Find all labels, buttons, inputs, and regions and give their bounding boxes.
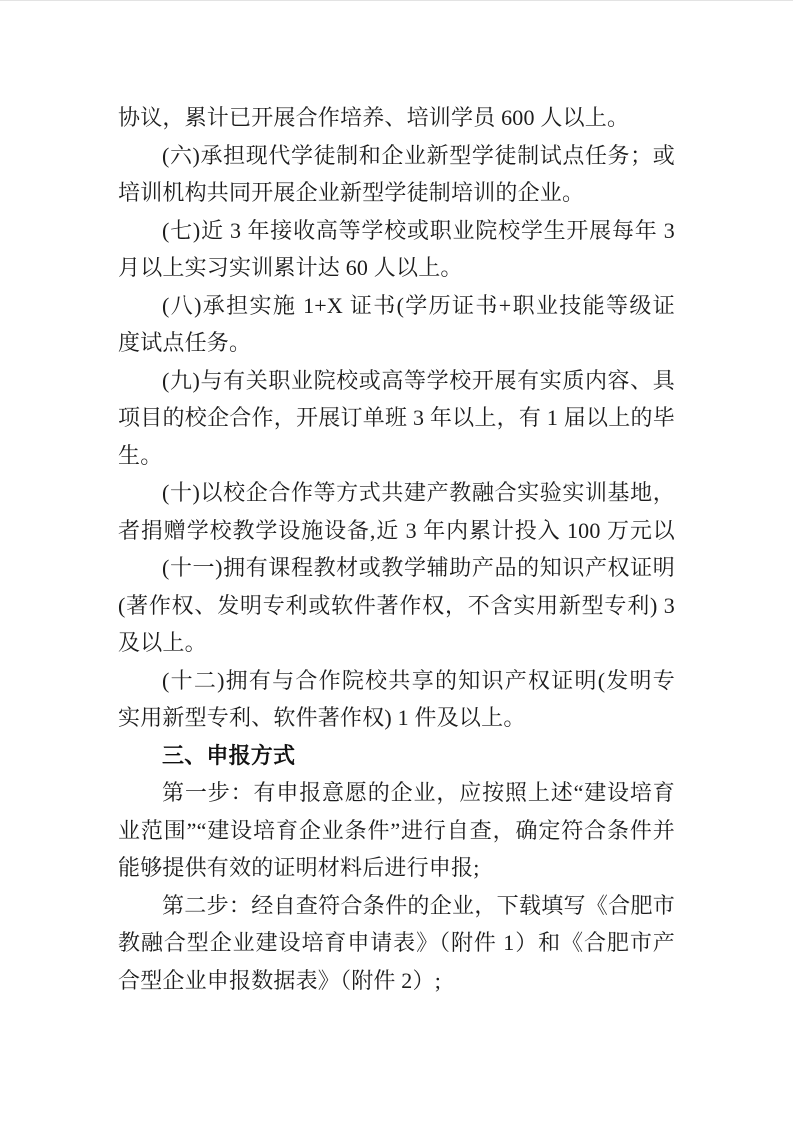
document-page: 协议，累计已开展合作培养、培训学员 600 人以上。(六)承担现代学徒制和企业新…	[0, 0, 793, 1122]
document-line: 能够提供有效的证明材料后进行申报;	[118, 849, 675, 887]
text-block: 协议，累计已开展合作培养、培训学员 600 人以上。(六)承担现代学徒制和企业新…	[118, 99, 675, 999]
document-line: 业范围”“建设培育企业条件”进行自查，确定符合条件并	[118, 812, 675, 850]
section-heading: 三、申报方式	[118, 737, 675, 775]
document-line: (六)承担现代学徒制和企业新型学徒制试点任务；或与	[118, 137, 675, 175]
document-line: 生。	[118, 437, 675, 475]
document-line: (十二)拥有与合作院校共享的知识产权证明(发明专利、	[118, 662, 675, 700]
document-line: 教融合型企业建设培育申请表》（附件 1）和《合肥市产教融	[118, 924, 675, 962]
document-line: 培训机构共同开展企业新型学徒制培训的企业。	[118, 174, 675, 212]
document-line: 第二步：经自查符合条件的企业，下载填写《合肥市产	[118, 887, 675, 925]
document-line: 协议，累计已开展合作培养、培训学员 600 人以上。	[118, 99, 675, 137]
document-line: (七)近 3 年接收高等学校或职业院校学生开展每年 3 个	[118, 212, 675, 250]
document-line: 度试点任务。	[118, 324, 675, 362]
document-line: (十)以校企合作等方式共建产教融合实验实训基地，或	[118, 474, 675, 512]
document-line: (九)与有关职业院校或高等学校开展有实质内容、具体	[118, 362, 675, 400]
document-line: (著作权、发明专利或软件著作权，不含实用新型专利) 3 件	[118, 587, 675, 625]
document-line: 及以上。	[118, 624, 675, 662]
document-line: 合型企业申报数据表》（附件 2）;	[118, 962, 675, 1000]
document-line: 月以上实习实训累计达 60 人以上。	[118, 249, 675, 287]
document-line: (八)承担实施 1+X 证书(学历证书+职业技能等级证书)制	[118, 287, 675, 325]
document-line: (十一)拥有课程教材或教学辅助产品的知识产权证明	[118, 549, 675, 587]
document-line: 者捐赠学校教学设施设备,近 3 年内累计投入 100 万元以上。	[118, 512, 675, 550]
document-line: 第一步：有申报意愿的企业，应按照上述“建设培育企	[118, 774, 675, 812]
document-line: 实用新型专利、软件著作权) 1 件及以上。	[118, 699, 675, 737]
document-line: 项目的校企合作，开展订单班 3 年以上，有 1 届以上的毕业	[118, 399, 675, 437]
